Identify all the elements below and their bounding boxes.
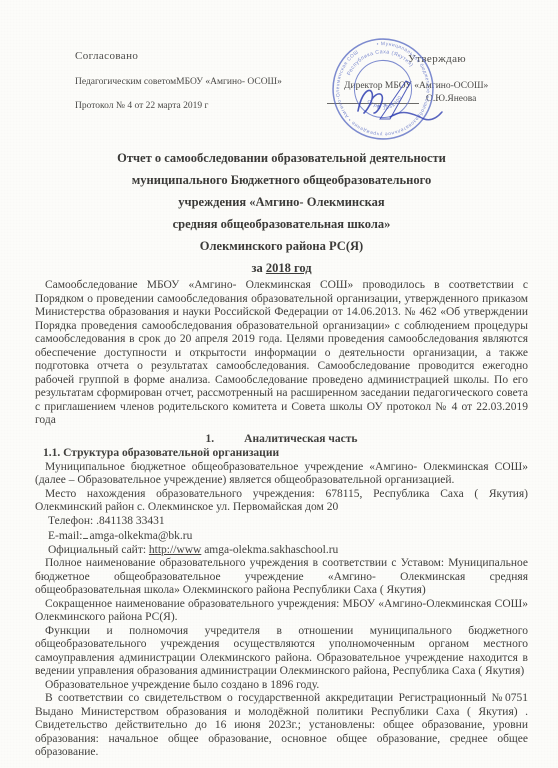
title-line: Олекминского района РС(Я): [35, 235, 528, 257]
short-name-paragraph: Сокращенное наименование образовательног…: [35, 598, 528, 625]
founded-paragraph: Образовательное учреждение было создано …: [35, 679, 528, 693]
location-paragraph: Место нахождения образовательного учрежд…: [35, 488, 528, 515]
section-title: Аналитическая часть: [244, 433, 357, 445]
accreditation-paragraph: В соответствии со свидетельством о госуд…: [35, 692, 528, 760]
section-number: 1.: [206, 433, 215, 445]
email-value: amga-olkekma@bk.ru: [90, 530, 193, 542]
intro-paragraph: Самообследование МБОУ «Амгино- Олекминск…: [35, 279, 528, 428]
phone-line: Телефон: .841138 33431: [35, 515, 528, 529]
title-line: Отчет о самообследовании образовательной…: [35, 147, 528, 169]
founder-paragraph: Функции и полномочия учредителя в отноше…: [35, 625, 528, 679]
title-line: средняя общеобразовательная школа»: [35, 213, 528, 235]
site-line: Официальный сайт: http://www amga-olekma…: [35, 544, 528, 558]
report-year: 2018 год: [266, 261, 312, 275]
email-label: E-mail:: [48, 530, 83, 542]
site-label: Официальный сайт:: [48, 544, 146, 556]
agreement-block: Согласовано Педагогическим советомМБОУ «…: [75, 50, 305, 125]
agreement-heading: Согласовано: [75, 50, 305, 62]
section-1-heading: 1.Аналитическая часть: [35, 433, 528, 447]
full-name-paragraph: Полное наименование образовательного учр…: [35, 557, 528, 598]
underline-space: [83, 528, 88, 539]
agreement-body: Педагогическим советомМБОУ «Амгино- ОСОШ…: [75, 77, 305, 87]
email-line: E-mail:amga-olkekma@bk.ru: [35, 528, 528, 544]
org-paragraph: Муниципальное бюджетное общеобразователь…: [35, 461, 528, 488]
section-1-1-heading: 1.1. Структура образовательной организац…: [35, 447, 528, 461]
agreement-protocol: Протокол № 4 от 22 марта 2019 г: [75, 101, 305, 111]
title-line: учреждения «Амгино- Олекминская: [35, 191, 528, 213]
title-line: муниципального Бюджетного общеобразовате…: [35, 169, 528, 191]
title-year-line: за 2018 год: [35, 257, 528, 279]
scanned-report-page: Согласовано Педагогическим советомМБОУ «…: [0, 0, 558, 768]
site-rest: amga-olekma.sakhaschool.ru: [204, 544, 338, 556]
document-title: Отчет о самообследовании образовательной…: [35, 147, 528, 279]
official-site-link[interactable]: http://www: [149, 544, 201, 556]
director-signature-icon: [350, 79, 454, 125]
document-body: Самообследование МБОУ «Амгино- Олекминск…: [35, 279, 528, 760]
year-prefix: за: [251, 261, 265, 275]
